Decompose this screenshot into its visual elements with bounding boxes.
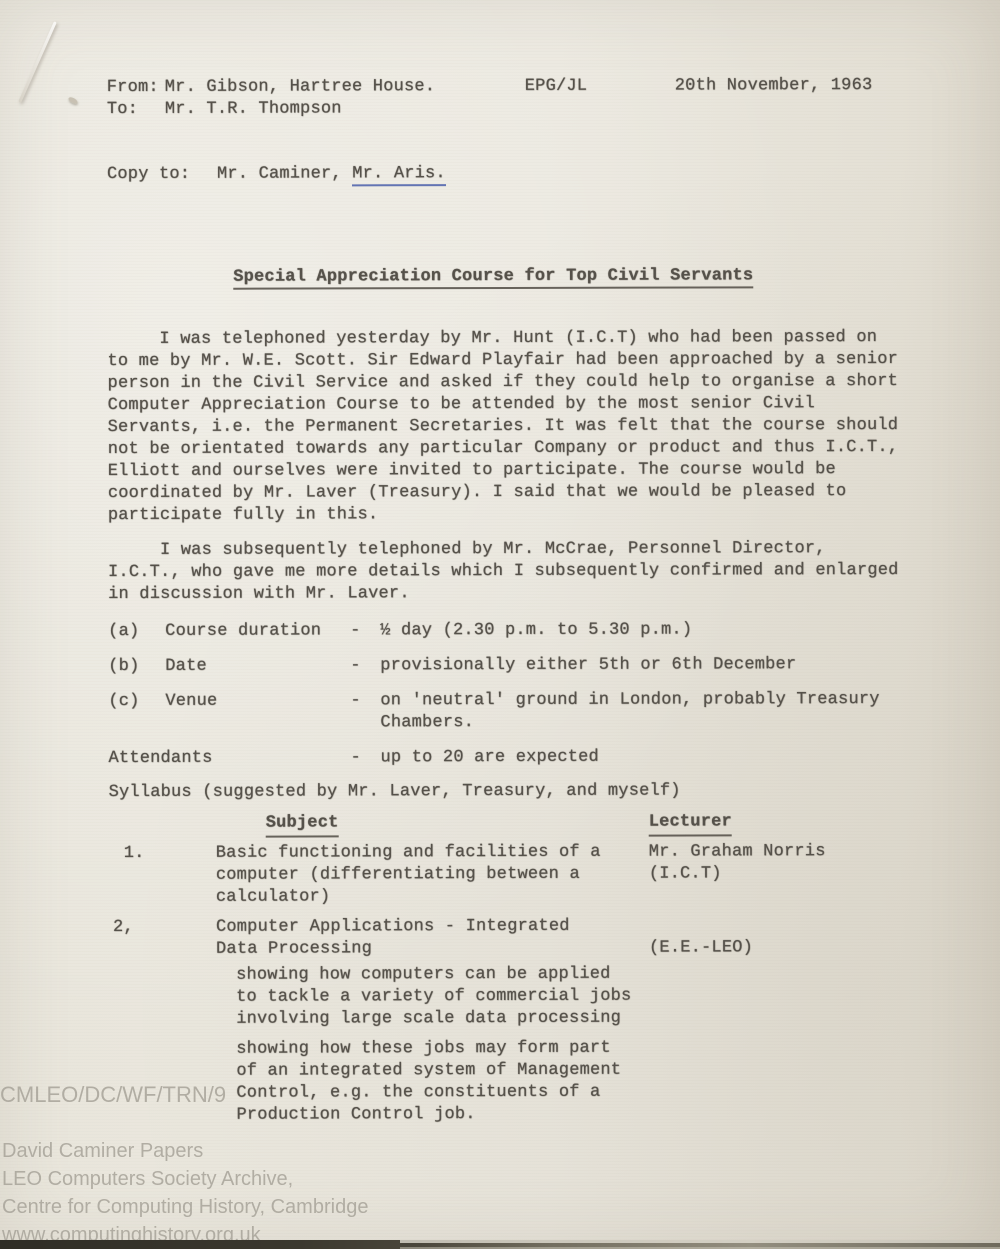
from-value: Mr. Gibson, Hartree House.: [165, 76, 525, 99]
typed-content: From: Mr. Gibson, Hartree House. EPG/JL …: [0, 0, 1000, 1127]
detail-row-venue: (c) Venue - on 'neutral' ground in Londo…: [108, 689, 908, 735]
attendants-dash: -: [350, 747, 380, 769]
lecturer-column-header: Lecturer: [649, 811, 732, 836]
syllabus-item-1: 1. Basic functioning and facilities of a…: [109, 841, 909, 909]
reference-code: EPG/JL: [525, 76, 675, 98]
attendants-value: up to 20 are expected: [380, 746, 908, 769]
item-subject: Computer Applications - Integrated Data …: [216, 916, 608, 961]
to-row: To: Mr. T.R. Thompson: [107, 97, 907, 121]
course-details-list: (a) Course duration - ½ day (2.30 p.m. t…: [108, 619, 908, 735]
attendants-row: Attendants - up to 20 are expected: [108, 746, 908, 770]
attendants-label: Attendants: [108, 747, 350, 770]
detail-dash: -: [350, 690, 380, 734]
scanned-memo-page: CMLEO/DC/WF/TRN/9 David Caminer Papers L…: [0, 0, 1000, 1249]
item-subject: Basic functioning and facilities of a co…: [216, 842, 608, 909]
watermark-archive-name: LEO Computers Society Archive,: [2, 1168, 293, 1191]
from-label: From:: [107, 77, 165, 99]
syllabus-note: Syllabus (suggested by Mr. Laver, Treasu…: [109, 780, 909, 804]
item-number: 2,: [113, 917, 134, 939]
from-row: From: Mr. Gibson, Hartree House. EPG/JL …: [107, 75, 907, 99]
detail-row-date: (b) Date - provisionally either 5th or 6…: [108, 654, 908, 678]
detail-row-duration: (a) Course duration - ½ day (2.30 p.m. t…: [108, 619, 908, 643]
syllabus-item-2: 2, Computer Applications - Integrated Da…: [109, 915, 909, 961]
copy-to-name-2-underlined: Mr. Aris.: [352, 164, 446, 186]
item-2-sub-paragraph-2: showing how these jobs may form part of …: [236, 1038, 634, 1127]
item-2-sub-paragraph-1: showing how computers can be applied to …: [236, 964, 634, 1031]
detail-dash: -: [350, 620, 380, 642]
paragraph-1: I was telephoned yesterday by Mr. Hunt (…: [107, 327, 908, 527]
detail-tag: (a): [108, 621, 165, 643]
date: 20th November, 1963: [675, 75, 907, 98]
to-label: To:: [107, 99, 165, 121]
copy-to-label: Copy to:: [107, 164, 217, 186]
detail-tag: (c): [108, 691, 165, 735]
paragraph-2: I was subsequently telephoned by Mr. McC…: [108, 538, 908, 606]
watermark-collection-name: David Caminer Papers: [2, 1140, 203, 1163]
item-lecturer: (E.E.-LEO): [649, 937, 753, 959]
detail-value: provisionally either 5th or 6th December: [380, 654, 908, 677]
spacer: [525, 98, 675, 120]
to-value: Mr. T.R. Thompson: [165, 98, 525, 121]
item-number: 1.: [124, 843, 145, 865]
detail-value: on 'neutral' ground in London, probably …: [380, 689, 908, 734]
watermark-institution: Centre for Computing History, Cambridge: [2, 1196, 368, 1219]
document-title: Special Appreciation Course for Top Civi…: [93, 265, 893, 289]
detail-label: Venue: [165, 690, 350, 734]
document-title-text: Special Appreciation Course for Top Civi…: [233, 266, 753, 289]
copy-to-name-1: Mr. Caminer,: [217, 164, 352, 183]
subject-column-header: Subject: [266, 812, 339, 837]
syllabus-table-header: Subject Lecturer: [109, 811, 909, 837]
detail-dash: -: [350, 655, 380, 677]
item-lecturer: Mr. Graham Norris (I.C.T): [649, 841, 909, 886]
detail-tag: (b): [108, 656, 165, 678]
spacer: [675, 97, 907, 120]
detail-label: Course duration: [165, 620, 350, 642]
copy-to-row: Copy to: Mr. Caminer, Mr. Aris.: [107, 162, 907, 186]
detail-label: Date: [165, 655, 350, 677]
copy-to-value: Mr. Caminer, Mr. Aris.: [217, 163, 446, 186]
detail-value: ½ day (2.30 p.m. to 5.30 p.m.): [380, 619, 908, 642]
scan-bottom-edge: [0, 1240, 1000, 1249]
